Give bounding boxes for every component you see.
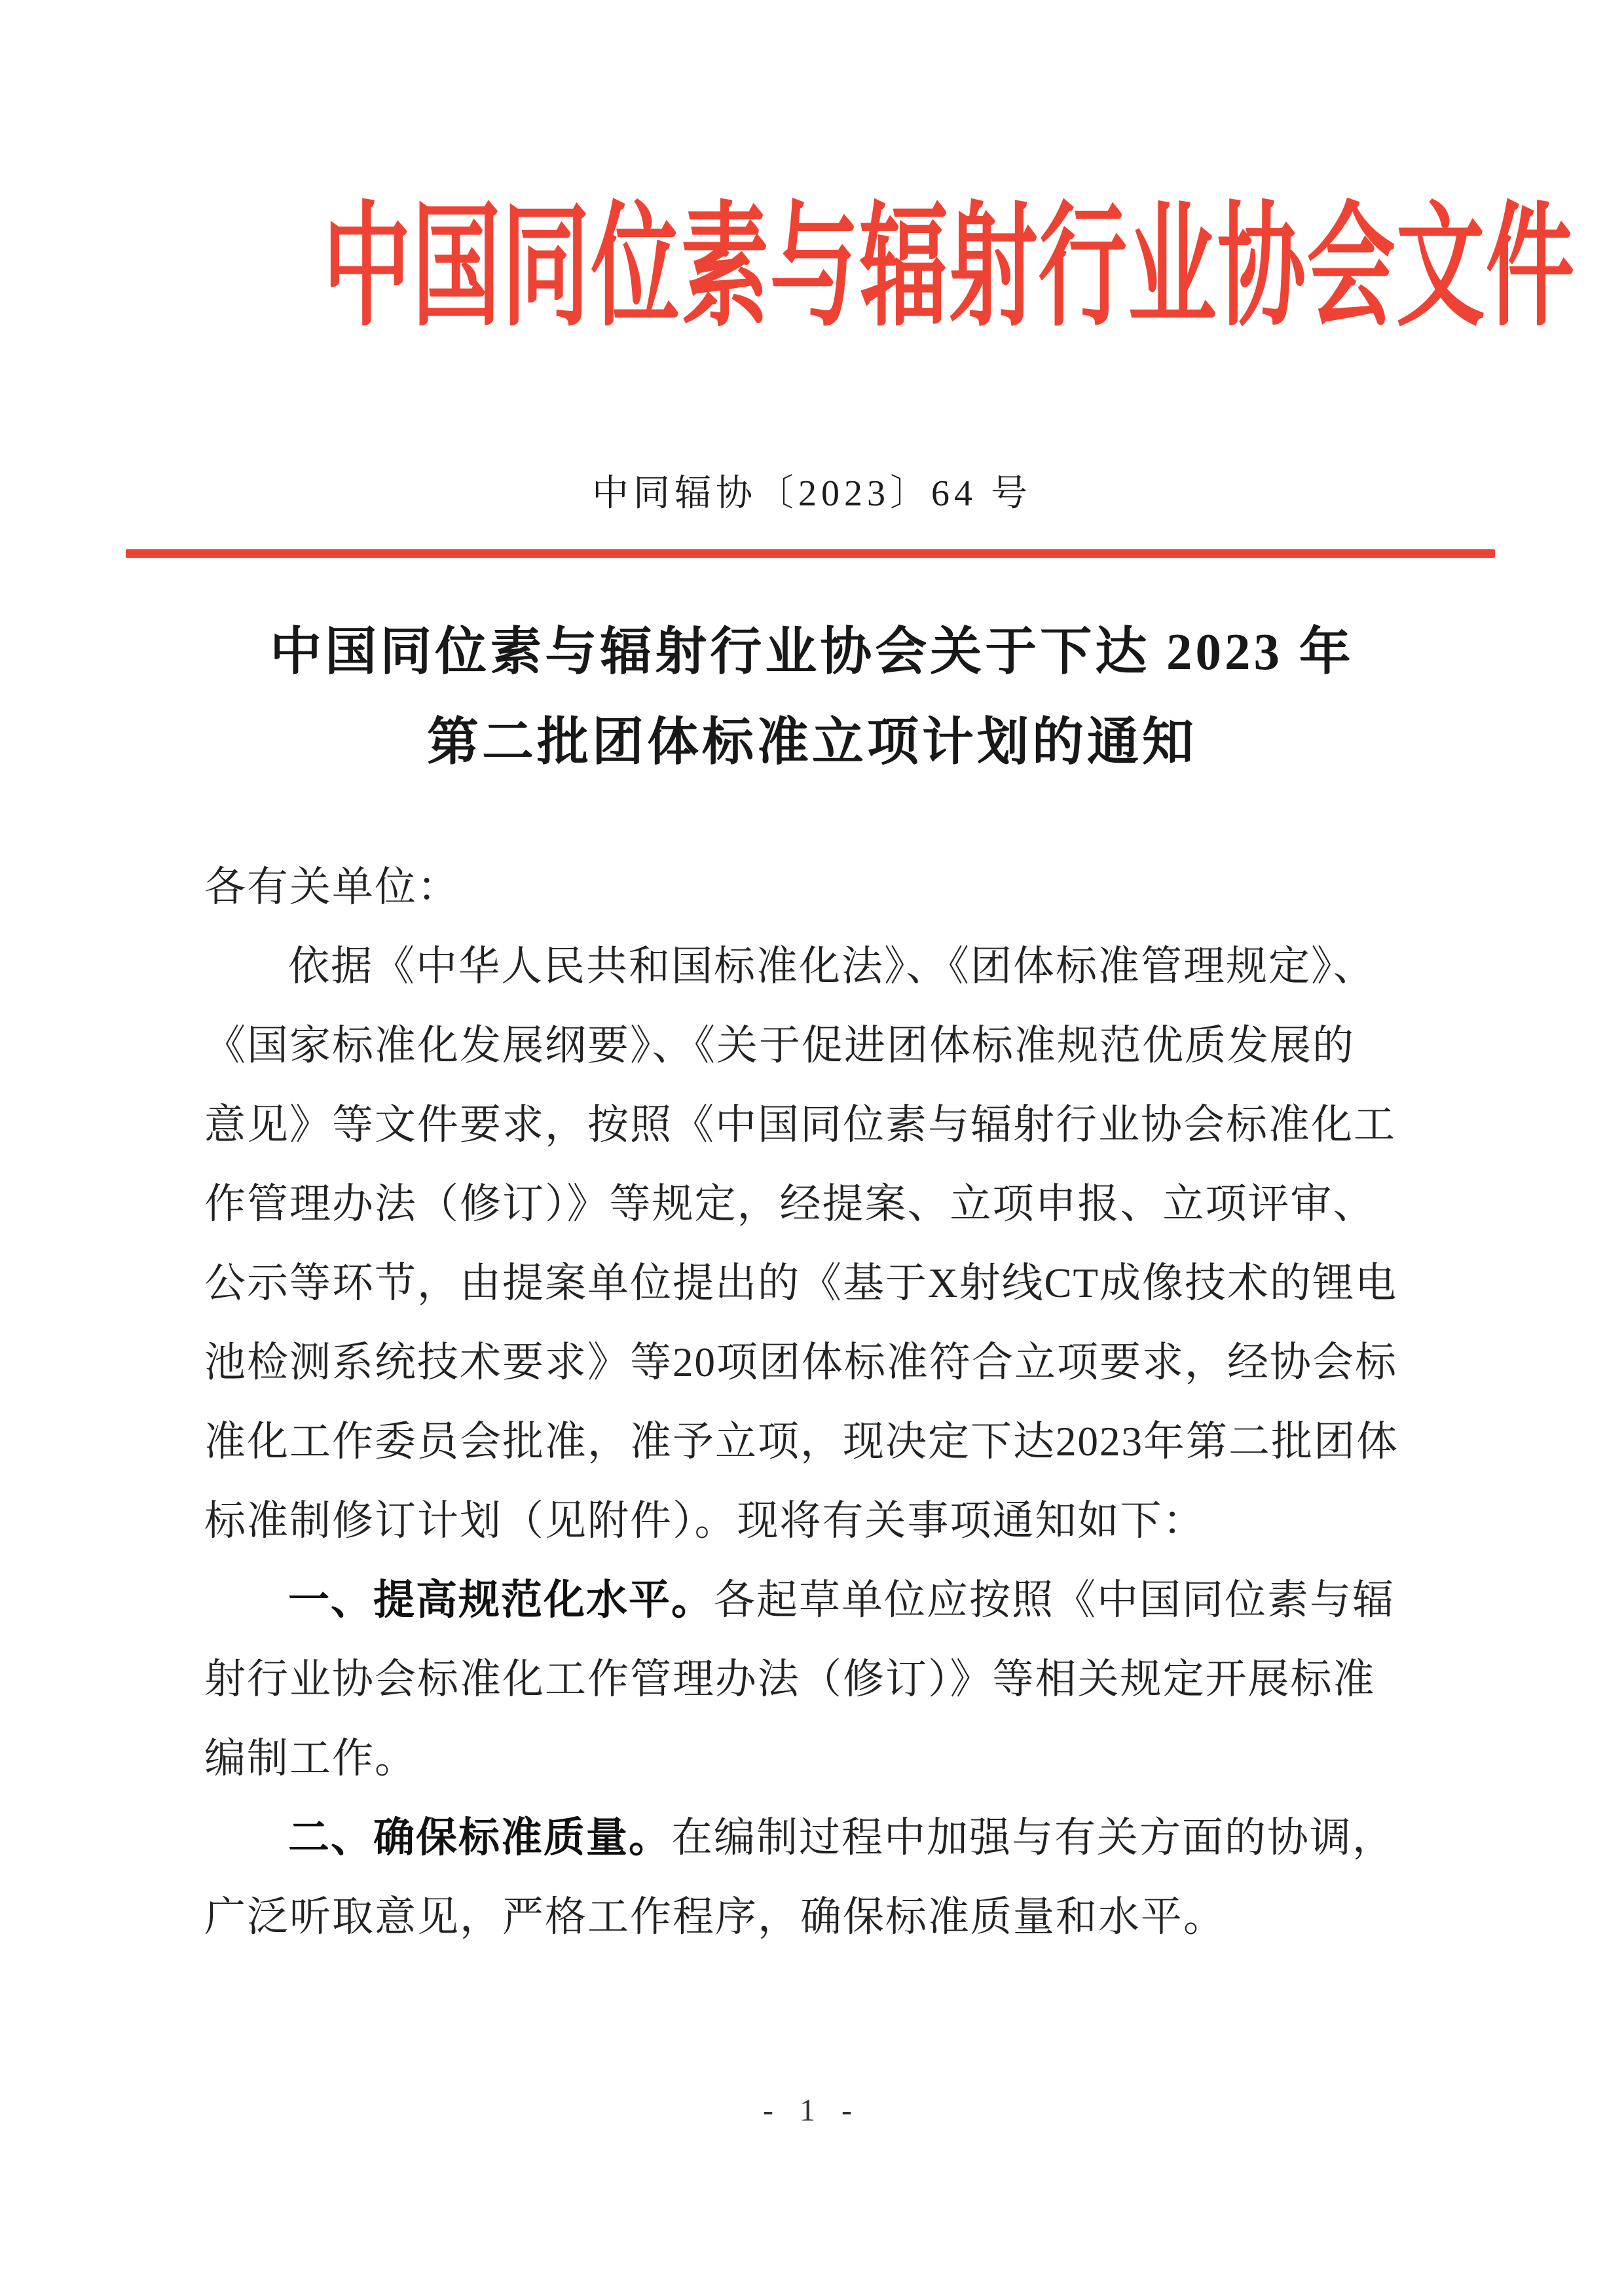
paragraph-1-line: 公示等环节，由提案单位提出的《基于X射线CT成像技术的锂电 [204, 1244, 1426, 1323]
paragraph-1-line: 意见》等文件要求，按照《中国同位素与辐射行业协会标准化工 [204, 1085, 1426, 1165]
paragraph-1-line: 作管理办法（修订）》等规定，经提案、立项申报、立项评审、 [204, 1165, 1426, 1244]
paragraph-3-lead: 二、确保标准质量。 [288, 1815, 671, 1861]
notice-title-line-1: 中国同位素与辐射行业协会关于下达 2023 年 [0, 608, 1624, 698]
document-number: 中同辐协〔2023〕64 号 [0, 466, 1624, 521]
notice-body: 各有关单位： 依据《中华人民共和国标准化法》、《团体标准管理规定》、 《国家标准… [204, 848, 1426, 1957]
paragraph-1-line: 依据《中华人民共和国标准化法》、《团体标准管理规定》、 [204, 927, 1426, 1006]
paragraph-1-line: 《国家标准化发展纲要》、《关于促进团体标准规范优质发展的 [204, 1006, 1426, 1085]
paragraph-3-first-line-rest: 在编制过程中加强与有关方面的协调， [671, 1815, 1395, 1861]
paragraph-2-first-line-rest: 各起草单位应按照《中国同位素与辐 [714, 1577, 1395, 1623]
paragraph-1-line: 标准制修订计划（见附件）。现将有关事项通知如下： [204, 1482, 1426, 1561]
agency-header-title-text: 中国同位素与辐射行业协会文件 [323, 191, 1576, 346]
paragraph-2-line: 射行业协会标准化工作管理办法（修订）》等相关规定开展标准 [204, 1640, 1426, 1719]
red-divider-line [126, 549, 1495, 558]
paragraph-3-line: 广泛听取意见，严格工作程序，确保标准质量和水平。 [204, 1878, 1426, 1957]
notice-title: 中国同位素与辐射行业协会关于下达 2023 年 第二批团体标准立项计划的通知 [0, 608, 1624, 788]
paragraph-2-lead: 一、提高规范化水平。 [288, 1577, 714, 1623]
page-number: - 1 - [0, 2090, 1624, 2132]
agency-header-title: 中国同位素与辐射行业协会文件 [0, 191, 1624, 346]
document-page: 中国同位素与辐射行业协会文件 中同辐协〔2023〕64 号 中国同位素与辐射行业… [0, 0, 1624, 2296]
paragraph-1-line: 准化工作委员会批准，准予立项，现决定下达2023年第二批团体 [204, 1402, 1426, 1482]
paragraph-2-line: 编制工作。 [204, 1719, 1426, 1798]
notice-title-line-2: 第二批团体标准立项计划的通知 [0, 698, 1624, 788]
paragraph-1-line: 池检测系统技术要求》等20项团体标准符合立项要求，经协会标 [204, 1323, 1426, 1402]
paragraph-3-line: 二、确保标准质量。在编制过程中加强与有关方面的协调， [204, 1798, 1426, 1878]
salutation: 各有关单位： [204, 848, 1426, 927]
paragraph-2-line: 一、提高规范化水平。各起草单位应按照《中国同位素与辐 [204, 1561, 1426, 1640]
